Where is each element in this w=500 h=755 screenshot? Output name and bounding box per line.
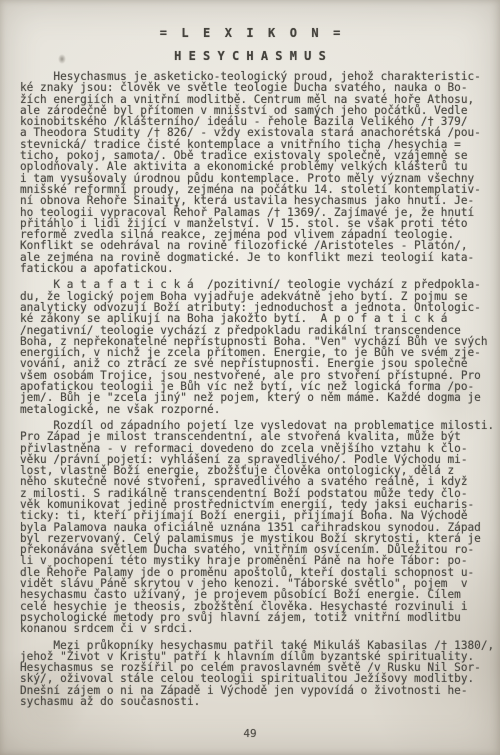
paragraph-milost-palamismus: Rozdíl od západního pojetí lze vysledova… [20,420,492,635]
paragraph-introduction: Hesychasmus je asketicko-teologický prou… [20,71,492,274]
paragraph-kabasilas-zaver: Mezi průkopníky hesychasmu patřil také M… [20,640,492,708]
lexikon-masthead: = L E X I K O N = [0,26,500,40]
scanned-page: = L E X I K O N = H E S Y C H A S M U S … [0,0,500,755]
page-number: 49 [0,727,500,740]
article-title: H E S Y C H A S M U S [0,49,500,63]
article-body: Hesychasmus je asketicko-teologický prou… [20,71,492,712]
paragraph-katafaticka-apofaticka: K a t a f a t i c k á /pozitivní/ teolog… [20,279,492,415]
